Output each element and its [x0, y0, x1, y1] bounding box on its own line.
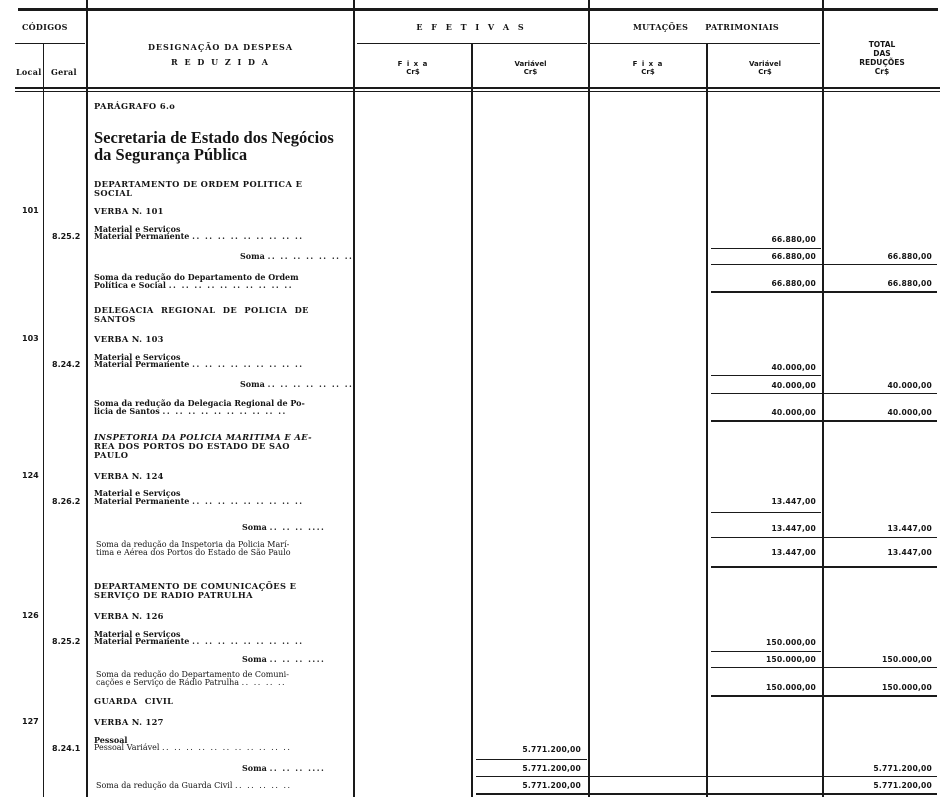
header-efetivas: E F E T I V A S	[355, 22, 588, 32]
total-reducao-value: 150.000,00	[824, 683, 932, 692]
total-soma-value: 66.880,00	[824, 252, 932, 261]
mut-variavel-soma-value: 40.000,00	[708, 381, 816, 390]
col-divider-desc-efetfixa	[353, 0, 355, 797]
verba-label: VERBA N. 103	[94, 334, 164, 344]
mut-variavel-reducao-value: 13.447,00	[708, 548, 816, 557]
local-code: 101	[22, 206, 39, 215]
geral-code: 8.26.2	[52, 497, 80, 506]
reducao-line2: Política e Social .. .. .. .. .. .. .. .…	[94, 281, 293, 290]
local-code: 124	[22, 471, 39, 480]
sum-rule	[711, 420, 937, 422]
header-total-line3: REDUÇÕES	[824, 58, 940, 67]
item-label: Material Permanente .. .. .. .. .. .. ..…	[94, 637, 304, 646]
mut-variavel-soma-value: 150.000,00	[708, 655, 816, 664]
sum-rule	[711, 566, 937, 568]
header-total-line1: TOTAL	[824, 40, 940, 49]
total-soma-value: 40.000,00	[824, 381, 932, 390]
section-title-line2: SANTOS	[94, 315, 136, 324]
mut-variavel-item-value: 13.447,00	[708, 497, 816, 506]
header-mut-variavel: Variável	[708, 60, 822, 68]
item-label: Pessoal Variável .. .. .. .. .. .. .. ..…	[94, 744, 291, 753]
efet-variavel-reducao-value: 5.771.200,00	[473, 781, 581, 790]
sum-rule	[476, 776, 937, 777]
top-border-rule	[18, 8, 938, 11]
paragrafo-heading: PARÁGRAFO 6.o	[94, 102, 175, 111]
header-bottom-double-rule	[15, 87, 940, 89]
soma-label: Soma .. .. .. ....	[242, 655, 325, 664]
total-soma-value: 13.447,00	[824, 524, 932, 533]
section-title-line3: PAULO	[94, 451, 128, 460]
header-efet-variavel-currency: Cr$	[473, 68, 588, 76]
sum-rule	[711, 651, 821, 652]
col-divider-geral-desc	[86, 0, 88, 797]
header-designacao: DESIGNAÇÃO DA DESPESA	[88, 42, 353, 52]
reducao-line2: cações e Serviço de Rádio Patrulha .. ..…	[96, 679, 286, 688]
mutacoes-sub-rule	[590, 43, 820, 44]
header-mutacoes: MUTAÇÕES PATRIMONIAIS	[590, 22, 822, 32]
mut-variavel-soma-value: 66.880,00	[708, 252, 816, 261]
mut-variavel-item-value: 66.880,00	[708, 235, 816, 244]
total-soma-value: 5.771.200,00	[824, 764, 932, 773]
verba-label: VERBA N. 127	[94, 717, 164, 727]
soma-label: Soma .. .. .. ....	[242, 523, 325, 532]
efet-variavel-soma-value: 5.771.200,00	[473, 764, 581, 773]
geral-code: 8.24.2	[52, 360, 80, 369]
mut-variavel-reducao-value: 66.880,00	[708, 279, 816, 288]
header-total-currency: Cr$	[824, 67, 940, 76]
col-divider-efetvar-mutfixa	[588, 0, 590, 797]
total-reducao-value: 5.771.200,00	[824, 781, 932, 790]
col-divider-mutvar-total	[822, 0, 824, 797]
header-efet-fixa: F i x a	[355, 60, 471, 68]
item-label: Material Permanente .. .. .. .. .. .. ..…	[94, 232, 304, 241]
header-efet-fixa-currency: Cr$	[355, 68, 471, 76]
geral-code: 8.25.2	[52, 637, 80, 646]
item-label: Material Permanente .. .. .. .. .. .. ..…	[94, 360, 304, 369]
mut-variavel-reducao-value: 40.000,00	[708, 408, 816, 417]
section-title-line2: SOCIAL	[94, 189, 132, 198]
header-mut-variavel-currency: Cr$	[708, 68, 822, 76]
header-local: Local	[16, 67, 42, 77]
sum-rule	[711, 537, 937, 538]
sum-rule	[711, 393, 937, 394]
verba-label: VERBA N. 101	[94, 206, 164, 216]
section-title-line1: GUARDA CIVIL	[94, 697, 173, 706]
reducao-line2: licia de Santos .. .. .. .. .. .. .. .. …	[94, 407, 287, 416]
header-total-line2: DAS	[824, 49, 940, 58]
header-mut-fixa: F i x a	[590, 60, 706, 68]
mut-variavel-item-value: 150.000,00	[708, 638, 816, 647]
total-reducao-value: 40.000,00	[824, 408, 932, 417]
col-divider-efetfixa-efetvar	[471, 44, 473, 797]
total-reducao-value: 13.447,00	[824, 548, 932, 557]
budget-reduction-table-page: CÓDIGOS Local Geral DESIGNAÇÃO DA DESPES…	[0, 0, 948, 797]
sum-rule	[711, 667, 937, 668]
soma-label: Soma .. .. .. .. .. .. ..	[240, 380, 353, 389]
mut-variavel-item-value: 40.000,00	[708, 363, 816, 372]
sum-rule	[476, 759, 587, 760]
sum-rule	[711, 695, 937, 697]
sum-rule	[711, 291, 937, 293]
local-code: 103	[22, 334, 39, 343]
geral-code: 8.24.1	[52, 744, 80, 753]
sum-rule	[711, 375, 821, 376]
mut-variavel-soma-value: 13.447,00	[708, 524, 816, 533]
reducao-line1: Soma da redução da Guarda Civil .. .. ..…	[96, 782, 292, 791]
soma-label: Soma .. .. .. ....	[242, 764, 325, 773]
sum-rule	[711, 264, 937, 265]
total-reducao-value: 66.880,00	[824, 279, 932, 288]
reducao-line2: tima e Aérea dos Portos do Estado de São…	[96, 549, 291, 558]
secretaria-title-line2: da Segurança Pública	[94, 146, 247, 163]
header-codigos: CÓDIGOS	[22, 22, 68, 32]
total-soma-value: 150.000,00	[824, 655, 932, 664]
verba-label: VERBA N. 124	[94, 471, 164, 481]
secretaria-title-line1: Secretaria de Estado dos Negócios	[94, 129, 334, 146]
codigos-sub-rule	[15, 43, 85, 44]
sum-rule	[711, 248, 821, 249]
item-label: Material Permanente .. .. .. .. .. .. ..…	[94, 497, 304, 506]
geral-code: 8.25.2	[52, 232, 80, 241]
col-divider-local-geral	[43, 44, 44, 797]
header-bottom-double-rule-2	[15, 91, 940, 92]
mut-variavel-reducao-value: 150.000,00	[708, 683, 816, 692]
soma-label: Soma .. .. .. .. .. .. ..	[240, 252, 353, 261]
sum-rule	[476, 793, 937, 795]
efet-variavel-item-value: 5.771.200,00	[473, 745, 581, 754]
header-reduzida: R E D U Z I D A	[88, 57, 353, 67]
sum-rule	[711, 512, 821, 513]
local-code: 126	[22, 611, 39, 620]
header-efet-variavel: Variável	[473, 60, 588, 68]
verba-label: VERBA N. 126	[94, 611, 164, 621]
local-code: 127	[22, 717, 39, 726]
section-title-line2: SERVIÇO DE RADIO PATRULHA	[94, 591, 253, 600]
header-geral: Geral	[51, 67, 77, 77]
header-mut-fixa-currency: Cr$	[590, 68, 706, 76]
